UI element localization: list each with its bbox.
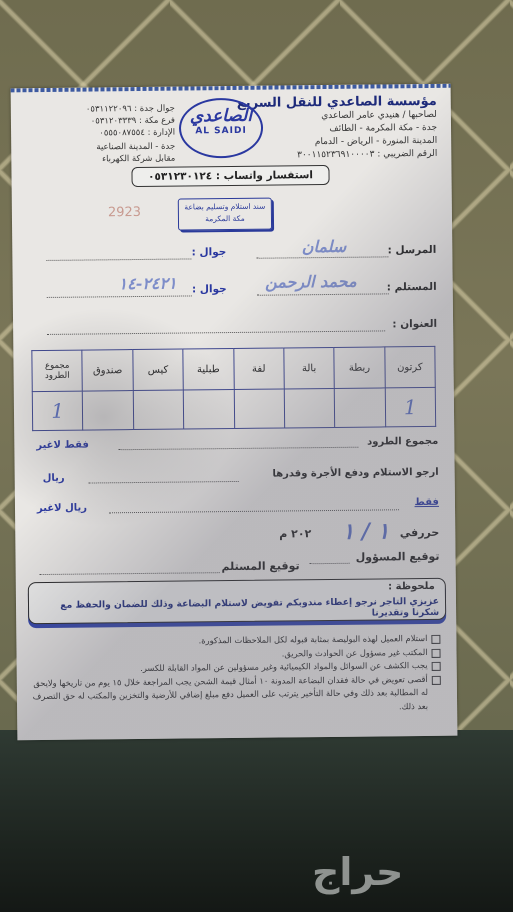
value-pallet xyxy=(183,390,234,430)
sender-mobile-label: جوال : xyxy=(192,246,227,258)
package-table-values: 1 1 xyxy=(32,387,435,430)
haraj-watermark: حراج xyxy=(312,850,403,894)
tax-number: الرقم الضريبي : ٣٠٠١١٥٢٣٦٩١٠٠٠٠٣ xyxy=(237,148,437,163)
checkbox-icon xyxy=(431,635,440,644)
shipping-receipt: مؤسسة الصاعدي للنقل السريع لصاحبها / هني… xyxy=(11,84,458,741)
terms-list: استلام العميل لهذه البوليصة بمثابة قبوله… xyxy=(26,632,441,717)
package-table-header: كرتون ربطة بالة لفة طبلية كيس صندوق مجمو… xyxy=(32,346,435,391)
date-row: حررفي ١ / ١ ٢٠٢ م xyxy=(29,526,439,530)
payment-row: ارجو الاستلام ودفع الأجرة وقدرها ريال xyxy=(29,467,439,471)
signature-row: توقيع المسؤول توقيع المستلم xyxy=(29,550,439,554)
checkbox-icon xyxy=(431,648,440,657)
col-pallet: طبلية xyxy=(183,349,234,391)
col-box: صندوق xyxy=(82,350,133,392)
col-carton: كرتون xyxy=(384,346,435,388)
address-label: العنوان : xyxy=(392,318,437,330)
contact-block: جوال جدة : ٠٥٣١١٢٢٠٩٦ فرع مكة : ٠٥٣١٢٠٣٣… xyxy=(25,103,176,167)
company-header: مؤسسة الصاعدي للنقل السريع لصاحبها / هني… xyxy=(237,94,438,163)
checkbox-icon xyxy=(432,662,441,671)
receiver-mobile-label: جوال : xyxy=(192,283,227,295)
receiver-handwritten: محمد الرحمن xyxy=(265,272,357,292)
receiver-row: المستلم : محمد الرحمن جوال : ٢٤٢١-١٤ xyxy=(27,277,437,303)
address-line-2: مقابل شركة الكهرباء xyxy=(25,153,175,167)
value-bale xyxy=(284,388,335,428)
value-carton: 1 xyxy=(385,387,436,427)
sender-handwritten: سلمان xyxy=(302,237,347,256)
col-roll: لفة xyxy=(233,348,284,390)
value-bag xyxy=(133,390,184,430)
whatsapp-inquiry: استفسار واتساب : ٠٥٣١٢٣٠١٢٤ xyxy=(131,165,329,187)
receipt-type-stamp: سند استلام وتسليم بضاعة مكة المكرمة xyxy=(178,198,272,231)
checkbox-icon xyxy=(432,675,441,684)
receiver-mobile-handwritten: ٢٤٢١-١٤ xyxy=(118,274,176,294)
only-row: فقط ريال لاغير xyxy=(29,497,439,501)
value-roll xyxy=(234,389,285,429)
logo-arabic-text: الصاعدي xyxy=(181,106,261,127)
note-title: ملحوظة : xyxy=(388,581,435,592)
sender-row: المرسل : سلمان جوال : xyxy=(26,240,436,266)
col-bundle: ربطة xyxy=(334,347,385,389)
col-total: مجموع الطرود xyxy=(32,350,83,392)
col-bag: كيس xyxy=(133,349,184,391)
note-box: ملحوظة : عزيزي التاجر نرجو إعطاء مندوبكم… xyxy=(28,578,446,624)
value-box xyxy=(83,391,134,431)
note-text: عزيزي التاجر نرجو إعطاء مندوبكم تفويض لا… xyxy=(35,596,439,622)
value-total: 1 xyxy=(32,391,83,431)
logo-english-text: AL SAIDI xyxy=(181,126,261,137)
address-row: العنوان : xyxy=(27,314,437,340)
serial-number: 2923 xyxy=(108,205,141,220)
term-item: أقصى تعويض في حالة فقدان البضاعة المدونة… xyxy=(27,672,441,717)
col-bale: بالة xyxy=(284,347,335,389)
sender-label: المرسل : xyxy=(388,244,437,257)
total-packages-row: مجموع الطرود فقط لاغير xyxy=(28,436,438,440)
package-table: كرتون ربطة بالة لفة طبلية كيس صندوق مجمو… xyxy=(31,346,436,431)
dark-floor-background xyxy=(0,730,513,912)
receiver-label: المستلم : xyxy=(387,281,437,294)
value-bundle xyxy=(335,388,386,428)
contact-management: الإدارة : ٠٥٥٥٠٨٧٥٥٤ xyxy=(25,127,175,141)
